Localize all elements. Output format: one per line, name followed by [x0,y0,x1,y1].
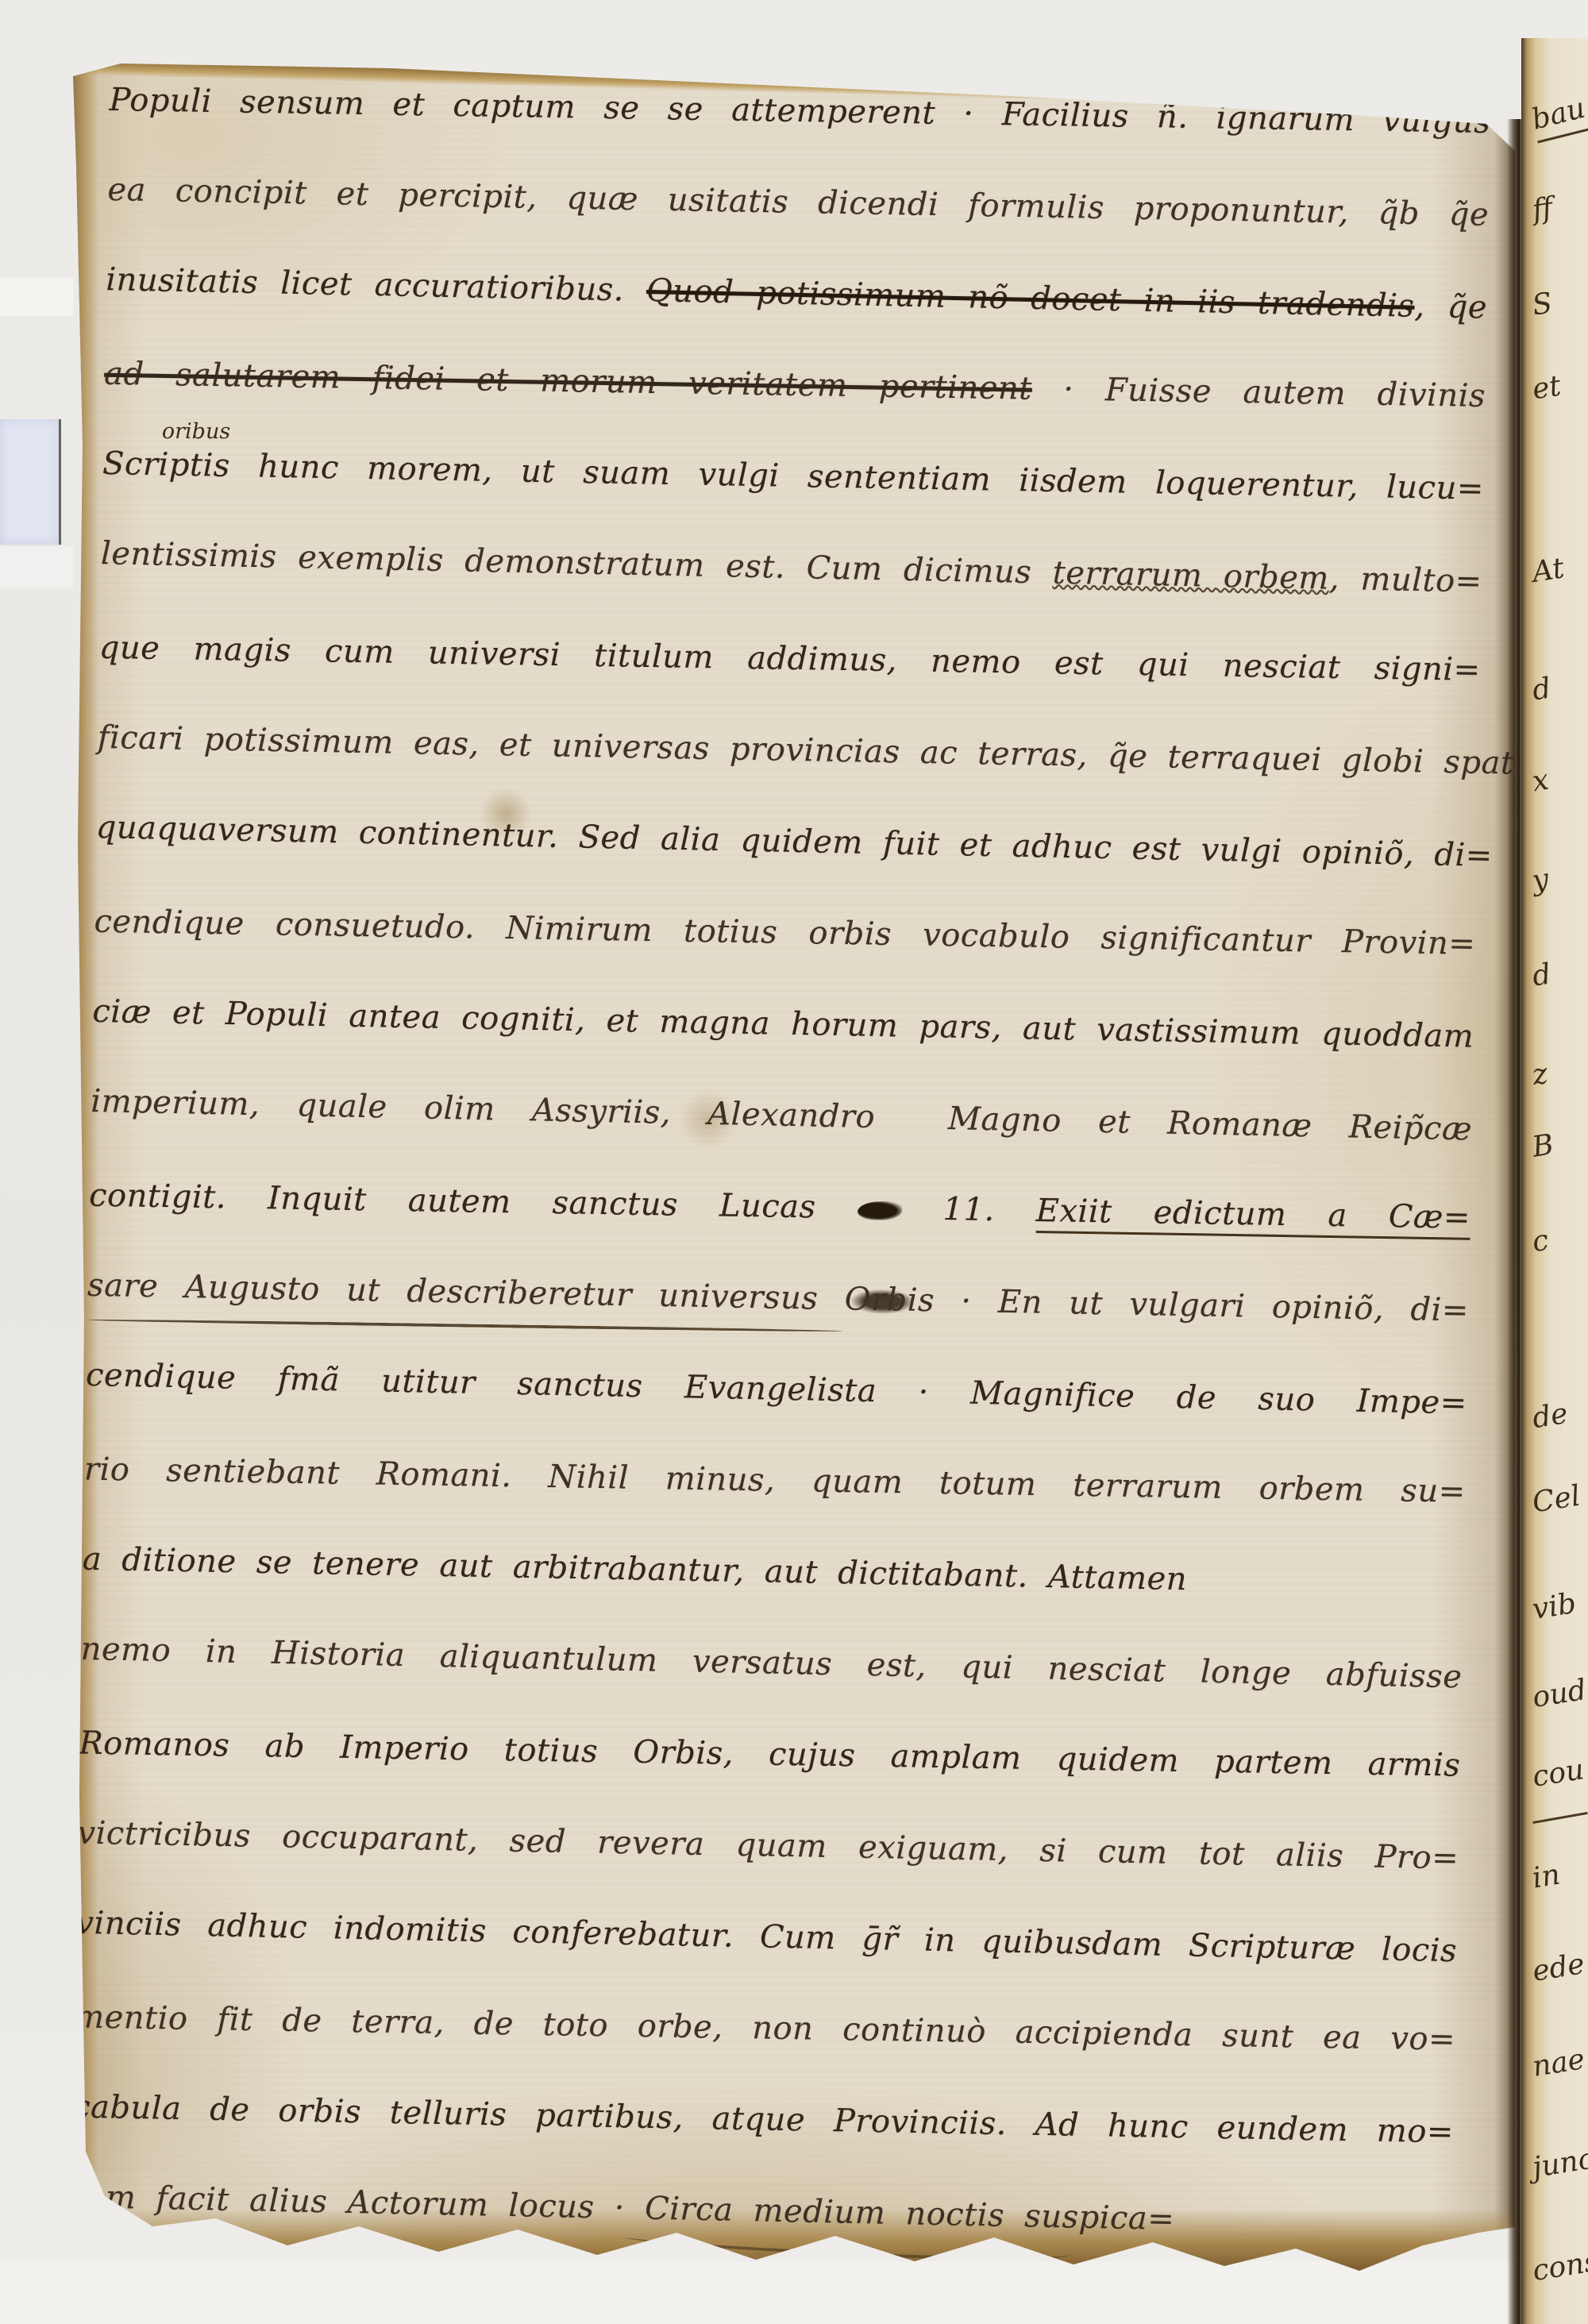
letter-fragment: cou [1530,1753,1586,1794]
manuscript-line: cendique fmã utitur sanctus Evangelista … [86,1356,1468,1423]
manuscript-line: rem facit alius Actorum locus · Circa me… [71,2178,1453,2245]
emphasis-underline [88,1318,842,1332]
interlinear-insertion: oribus [162,419,230,444]
scanner-background [0,2261,1520,2324]
letter-fragment: de [1530,1397,1570,1435]
manuscript-line: ad salutarem fidei et morum veritatem pe… [104,355,1486,415]
manuscript-scan: { "document": { "kind": "handwritten man… [0,0,1588,2324]
manuscript-line-segment: Magno et Romanæ Reip̃cæ [948,1100,1473,1147]
background-band [0,546,73,588]
manuscript-line: cendique consuetudo. Nimirum totius orbi… [94,903,1476,963]
manuscript-line-segment: mentio fit de terra, de toto orbe, non c… [74,1998,1456,2057]
manuscript-line-segment: rem facit alius Actorum locus · Circa me… [71,2179,1175,2237]
manuscript-line: Scriptis hunc morem, ut suam vulgi sente… [102,445,1485,508]
letter-fragment: consi [1530,2244,1588,2287]
manuscript-line-segment: ciæ et Populi antea cogniti, et magna ho… [92,993,1474,1055]
letter-fragment: y [1530,863,1551,898]
letter-fragment: vib [1530,1587,1578,1626]
manuscript-line: imperium, quale olim Assyriis, Alexandro… [91,1082,1473,1149]
manuscript-line-segment: 11. [901,1190,1036,1229]
manuscript-line-segment: Quod potissimum nõ docet in iis tradendi… [646,272,1415,325]
letter-fragment: B [1530,1128,1556,1164]
manuscript-line: victricibus occuparant, sed revera quam … [77,1814,1459,1878]
manuscript-line: a ditione se tenere aut arbitrabantur, a… [82,1540,1464,1604]
letter-fragment: et [1530,369,1563,406]
manuscript-line-segment: ad salutarem fidei et morum veritatem pe… [104,356,1032,407]
underline-fragment [1532,1812,1587,1824]
letter-fragment: junct [1530,2141,1588,2184]
manuscript-line: contigit. Inquit autem sanctus Lucas 11.… [89,1177,1471,1237]
manuscript-line-segment: cabula de orbis telluris partibus, atque… [72,2089,1455,2151]
manuscript-line: vinciis adhuc indomitis conferebatur. Cu… [75,1904,1458,1971]
letter-fragment: d [1530,672,1553,707]
manuscript-line-segment: · En ut vulgari opiniõ, di= [935,1282,1470,1328]
manuscript-line-segment: vinciis adhuc indomitis conferebatur. Cu… [75,1905,1458,1970]
manuscript-line: ficari potissimum eas, et universas prov… [97,719,1479,782]
manuscript-line-segment: que magis cum universi titulum addimus, … [99,630,1482,688]
manuscript-text: oribus Populi sensum et captum se se att… [69,79,1490,2295]
manuscript-line: nemo in Historia aliquantulum versatus e… [80,1630,1463,1697]
manuscript-line-segment: Romanos ab Imperio totius Orbis, cujus a… [79,1725,1461,1783]
letter-fragment: oud [1530,1674,1588,1714]
manuscript-line-segment: · Fuisse autem divinis [1031,371,1486,414]
catchword-fragment: bau [1528,92,1588,144]
manuscript-line-segment: ea concipit et percipit, quæ usitatis di… [107,172,1490,233]
next-page-edge: bauffSetAtdxydzBcdeCelviboudcouinedenaej… [1521,38,1588,2324]
book-gutter [1507,119,1521,2324]
letter-fragment: At [1530,552,1567,589]
manuscript-line: quaquaversum continentur. Sed alia quide… [95,808,1478,875]
manuscript-line-segment: ficari potissimum eas, et universas prov… [97,719,1544,782]
manuscript-page: oribus Populi sensum et captum se se att… [73,48,1515,2271]
manuscript-line: rio sentiebant Romani. Nihil minus, quam… [84,1451,1467,1511]
manuscript-line: ciæ et Populi antea cogniti, et magna ho… [92,992,1474,1056]
letter-fragment: ff [1530,191,1555,226]
manuscript-line-segment: rio sentiebant Romani. Nihil minus, quam… [84,1451,1467,1510]
manuscript-line: que magis cum universi titulum addimus, … [98,629,1481,689]
manuscript-line-segment: quaquaversum continentur. Sed alia quide… [95,809,1493,874]
manuscript-line-segment: victricibus occuparant, sed revera quam … [77,1815,1459,1877]
manuscript-line-segment: a ditione se tenere aut arbitrabantur, a… [82,1541,1187,1598]
manuscript-line-segment: cendique fmã utitur sanctus Evangelista … [86,1357,1468,1422]
letter-fragment: S [1530,287,1555,322]
manuscript-line-segment: Scriptis hunc morem, ut suam vulgi sente… [102,445,1485,507]
background-band [0,278,73,316]
manuscript-line: cabula de orbis telluris partibus, atque… [72,2088,1455,2152]
letter-fragment: z [1530,1058,1550,1092]
letter-fragment: in [1530,1859,1563,1895]
manuscript-line: lentissimis exemplis demonstratum est. C… [101,534,1483,601]
letter-fragment: d [1530,958,1553,992]
manuscript-line: sare Augusto ut describeretur universus … [87,1266,1470,1330]
manuscript-line-segment: , multo= [1328,561,1482,600]
manuscript-line-segment: cendique consuetudo. Nimirum totius orbi… [94,904,1476,962]
manuscript-line: Romanos ab Imperio totius Orbis, cujus a… [79,1724,1461,1784]
letter-fragment: Cel [1530,1480,1582,1520]
manuscript-line-segment: nemo in Historia aliquantulum versatus e… [80,1631,1463,1696]
manuscript-line-segment: terrarum orbem [1052,555,1329,597]
ink-blot [857,1201,901,1220]
manuscript-line: ea concipit et percipit, quæ usitatis di… [107,171,1490,234]
manuscript-line-segment: sare Augusto ut describeretur universus [87,1267,845,1317]
letter-fragment: nae [1530,2043,1587,2083]
manuscript-line-segment: inusitatis licet accuratioribus. [106,261,647,309]
page-marker-tab [0,419,61,545]
manuscript-line-segment: Exiit edictum a Cæ= [1035,1193,1470,1240]
letter-fragment: x [1530,764,1551,799]
letter-fragment: c [1530,1224,1551,1259]
manuscript-line-segment: contigit. Inquit autem sanctus Lucas [89,1177,858,1227]
manuscript-line-segment [875,1127,948,1129]
manuscript-line: inusitatis licet accuratioribus. Quod po… [106,260,1488,327]
manuscript-line-segment: Orbis [844,1281,935,1319]
manuscript-line-segment: lentissimis exemplis demonstratum est. C… [101,535,1054,591]
manuscript-line-segment: , q̃e [1414,288,1487,326]
manuscript-line-segment: imperium, quale olim Assyriis, Alexandro [91,1083,876,1135]
manuscript-line: mentio fit de terra, de toto orbe, non c… [74,1998,1456,2058]
letter-fragment: ede [1530,1948,1586,1988]
